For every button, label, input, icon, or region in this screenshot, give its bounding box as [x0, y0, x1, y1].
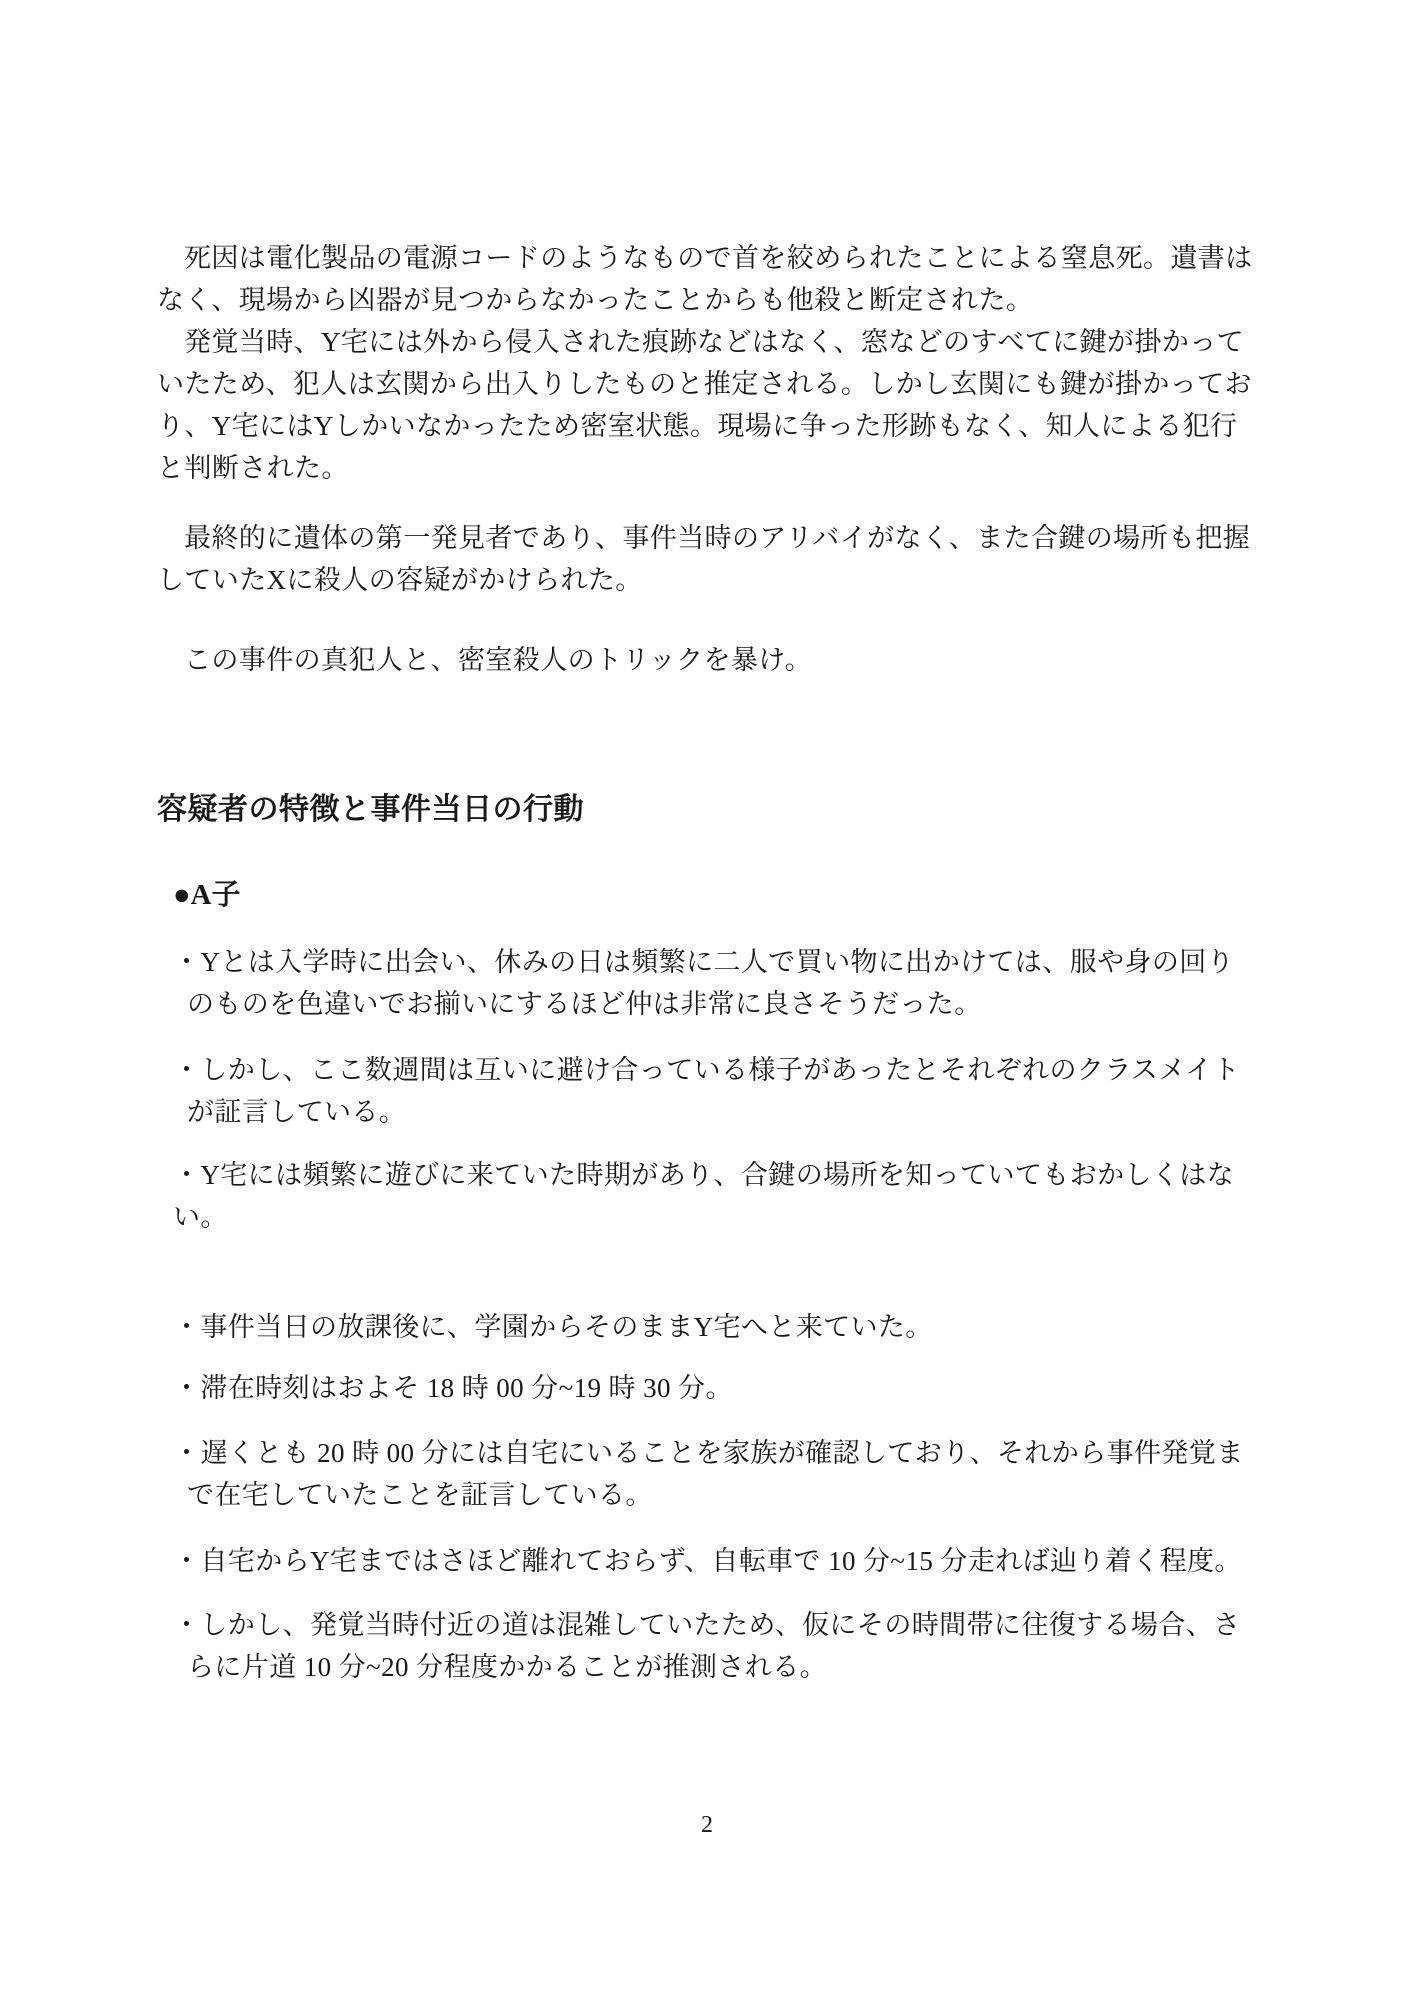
bullet-item-traffic: ・しかし、発覚当時付近の道は混雑していたため、仮にその時間帯に往復する場合、さ …: [157, 1604, 1257, 1688]
bullet-line: らに片道 10 分~20 分程度かかることが推測される。: [157, 1646, 1257, 1688]
bullet-line: ・Yとは入学時に出会い、休みの日は頻繁に二人で買い物に出かけては、服や身の回り: [157, 941, 1257, 983]
paragraph-line: いたため、犯人は玄関から出入りしたものと推定される。しかし玄関にも鍵が掛かってお: [157, 363, 1257, 405]
paragraph-line: 発覚当時、Y宅には外から侵入された痕跡などはなく、窓などのすべてに鍵が掛かって: [157, 321, 1257, 363]
paragraph-suspect-x: 最終的に遺体の第一発見者であり、事件当時のアリバイがなく、また合鍵の場所も把握 …: [157, 517, 1257, 601]
paragraph-cause-of-death: 死因は電化製品の電源コードのようなもので首を絞められたことによる窒息死。遺書は …: [157, 237, 1257, 321]
bullet-item-bicycle-distance: ・自宅からY宅まではさほど離れておらず、自転車で 10 分~15 分走れば辿り着…: [157, 1540, 1257, 1582]
paragraph-line: と判断された。: [157, 447, 1257, 489]
bullet-item-after-school: ・事件当日の放課後に、学園からそのままY宅へと来ていた。: [157, 1306, 1257, 1348]
paragraph-line: り、Y宅にはYしかいなかったため密室状態。現場に争った形跡もなく、知人による犯行: [157, 405, 1257, 447]
bullet-line: ・しかし、ここ数週間は互いに避け合っている様子があったとそれぞれのクラスメイト: [157, 1049, 1257, 1091]
paragraph-line: 死因は電化製品の電源コードのようなもので首を絞められたことによる窒息死。遺書は: [157, 237, 1257, 279]
document-body: 死因は電化製品の電源コードのようなもので首を絞められたことによる窒息死。遺書は …: [157, 0, 1257, 1846]
bullet-line: ・Y宅には頻繁に遊びに来ていた時期があり、合鍵の場所を知っていてもおかしくはな: [157, 1154, 1257, 1196]
bullet-item-avoiding: ・しかし、ここ数週間は互いに避け合っている様子があったとそれぞれのクラスメイト …: [157, 1049, 1257, 1133]
suspect-header-a-ko: ●A子: [157, 874, 1257, 916]
paragraph-line: なく、現場から凶器が見つからなかったことからも他殺と断定された。: [157, 279, 1257, 321]
bullet-line: ・遅くとも 20 時 00 分には自宅にいることを家族が確認しており、それから事…: [157, 1432, 1257, 1474]
section-heading: 容疑者の特徴と事件当日の行動: [157, 787, 1257, 833]
bullet-item-friendship: ・Yとは入学時に出会い、休みの日は頻繁に二人で買い物に出かけては、服や身の回り …: [157, 941, 1257, 1025]
page-number: 2: [157, 1804, 1257, 1846]
paragraph-line: していたXに殺人の容疑がかけられた。: [157, 559, 1257, 601]
paragraph-challenge: この事件の真犯人と、密室殺人のトリックを暴け。: [157, 639, 1257, 681]
document-page: 死因は電化製品の電源コードのようなもので首を絞められたことによる窒息死。遺書は …: [0, 0, 1414, 2000]
paragraph-line: この事件の真犯人と、密室殺人のトリックを暴け。: [157, 639, 1257, 681]
bullet-item-spare-key: ・Y宅には頻繁に遊びに来ていた時期があり、合鍵の場所を知っていてもおかしくはな …: [157, 1154, 1257, 1238]
bullet-line: ・滞在時刻はおよそ 18 時 00 分~19 時 30 分。: [157, 1367, 1257, 1409]
bullet-item-alibi-home: ・遅くとも 20 時 00 分には自宅にいることを家族が確認しており、それから事…: [157, 1432, 1257, 1516]
bullet-line: い。: [157, 1196, 1257, 1238]
paragraph-line: 最終的に遺体の第一発見者であり、事件当時のアリバイがなく、また合鍵の場所も把握: [157, 517, 1257, 559]
bullet-line: ・自宅からY宅まではさほど離れておらず、自転車で 10 分~15 分走れば辿り着…: [157, 1540, 1257, 1582]
bullet-line: で在宅していたことを証言している。: [157, 1474, 1257, 1516]
bullet-line: のものを色違いでお揃いにするほど仲は非常に良さそうだった。: [157, 983, 1257, 1025]
bullet-line: が証言している。: [157, 1091, 1257, 1133]
bullet-item-stay-time: ・滞在時刻はおよそ 18 時 00 分~19 時 30 分。: [157, 1367, 1257, 1409]
bullet-line: ・事件当日の放課後に、学園からそのままY宅へと来ていた。: [157, 1306, 1257, 1348]
bullet-line: ・しかし、発覚当時付近の道は混雑していたため、仮にその時間帯に往復する場合、さ: [157, 1604, 1257, 1646]
paragraph-crime-scene: 発覚当時、Y宅には外から侵入された痕跡などはなく、窓などのすべてに鍵が掛かって …: [157, 321, 1257, 489]
